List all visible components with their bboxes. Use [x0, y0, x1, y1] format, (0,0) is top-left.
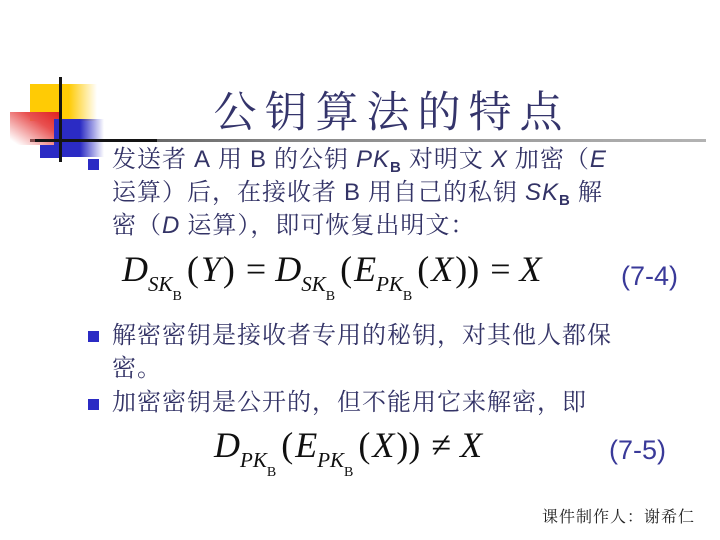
formula-token: SK	[301, 272, 326, 296]
vertical-line-accent	[59, 77, 62, 162]
text-segment: 运算），即可恢复出明文：	[180, 213, 475, 239]
formula-token: D	[214, 425, 240, 465]
text-segment: 用自己的私钥	[361, 180, 525, 206]
formula-token: (	[338, 249, 354, 289]
text-segment: 的公钥	[267, 147, 356, 173]
text-segment: D	[162, 212, 180, 239]
formula-token: (	[279, 425, 295, 465]
equation-number-7-5: (7-5)	[609, 435, 666, 466]
formula-token: PK	[376, 272, 403, 296]
bullet-text-line: 发送者 A 用 B 的公钥 PKB 对明文 X 加密（E	[112, 143, 607, 176]
text-segment: 对明文	[402, 147, 491, 173]
formula-token: PK	[317, 448, 344, 472]
formula-token: D	[275, 249, 301, 289]
formula-token: ))	[394, 425, 422, 465]
formula-token: B	[403, 289, 412, 304]
formula-token: B	[344, 465, 353, 480]
formula-token: PK	[240, 448, 267, 472]
formula-token: (	[356, 425, 372, 465]
text-segment: B	[344, 179, 361, 206]
bullet-text-line: 加密密钥是公开的，但不能用它来解密，即	[112, 387, 587, 420]
formula-token: =	[237, 249, 275, 289]
formula-token: X	[372, 425, 394, 465]
formula-7-4: DSKB(Y)=DSKB(EPKB(X))=X	[122, 251, 542, 287]
formula-token: B	[267, 465, 276, 480]
formula-token: B	[326, 289, 335, 304]
bullet-2: 解密密钥是接收者专用的秘钥，对其他人都保 密。	[112, 320, 612, 386]
bullet-icon	[88, 399, 99, 410]
formula-token: SK	[148, 272, 173, 296]
bullet-icon	[88, 159, 99, 170]
bullet-text-line: 运算）后，在接收者 B 用自己的私钥 SKB 解	[112, 176, 607, 209]
bullet-text-line: 密。	[112, 353, 612, 386]
text-segment: SK	[525, 179, 559, 206]
formula-token: )	[221, 249, 237, 289]
bullet-3: 加密密钥是公开的，但不能用它来解密，即	[112, 387, 587, 420]
text-segment: 解密密钥是接收者专用的秘钥，对其他人都保	[112, 323, 612, 349]
formula-token: X	[431, 249, 453, 289]
text-segment: 密。	[112, 356, 162, 382]
text-segment: X	[491, 146, 508, 173]
bullet-text-line: 密（D 运算），即可恢复出明文：	[112, 209, 607, 242]
formula-token: ))	[453, 249, 481, 289]
bullet-1: 发送者 A 用 B 的公钥 PKB 对明文 X 加密（E 运算）后，在接收者 B…	[112, 143, 607, 242]
formula-token: E	[354, 249, 376, 289]
text-segment: B	[250, 146, 267, 173]
text-segment: PK	[356, 146, 390, 173]
text-segment: A	[194, 146, 211, 173]
text-segment: 加密（	[508, 147, 590, 173]
formula-token: E	[295, 425, 317, 465]
slide: 公钥算法的特点 发送者 A 用 B 的公钥 PKB 对明文 X 加密（E 运算）…	[0, 0, 720, 540]
formula-token: ≠	[422, 425, 460, 465]
formula-token: Y	[201, 249, 221, 289]
formula-token: D	[122, 249, 148, 289]
text-segment: 解	[571, 180, 603, 206]
text-segment: 加密密钥是公开的，但不能用它来解密，即	[112, 390, 587, 416]
formula-7-5: DPKB(EPKB(X))≠X	[214, 427, 482, 463]
formula-token: X	[520, 249, 542, 289]
footer-credit: 课件制作人：谢希仁	[542, 504, 695, 527]
text-segment: E	[590, 146, 607, 173]
formula-token: B	[173, 289, 182, 304]
bullet-icon	[88, 331, 99, 342]
text-segment: 运算）后，在接收者	[112, 180, 344, 206]
small-blue-square-accent	[40, 145, 60, 158]
horizontal-line-accent	[35, 139, 157, 142]
text-segment: 发送者	[112, 147, 194, 173]
text-segment: B	[559, 192, 571, 209]
formula-token: (	[415, 249, 431, 289]
text-segment: B	[390, 159, 402, 176]
text-segment: 用	[211, 147, 250, 173]
bullet-text-line: 解密密钥是接收者专用的秘钥，对其他人都保	[112, 320, 612, 353]
text-segment: 密（	[112, 213, 162, 239]
formula-token: (	[185, 249, 201, 289]
formula-token: X	[460, 425, 482, 465]
page-title: 公钥算法的特点	[157, 79, 627, 140]
formula-token: =	[481, 249, 519, 289]
equation-number-7-4: (7-4)	[621, 261, 678, 292]
